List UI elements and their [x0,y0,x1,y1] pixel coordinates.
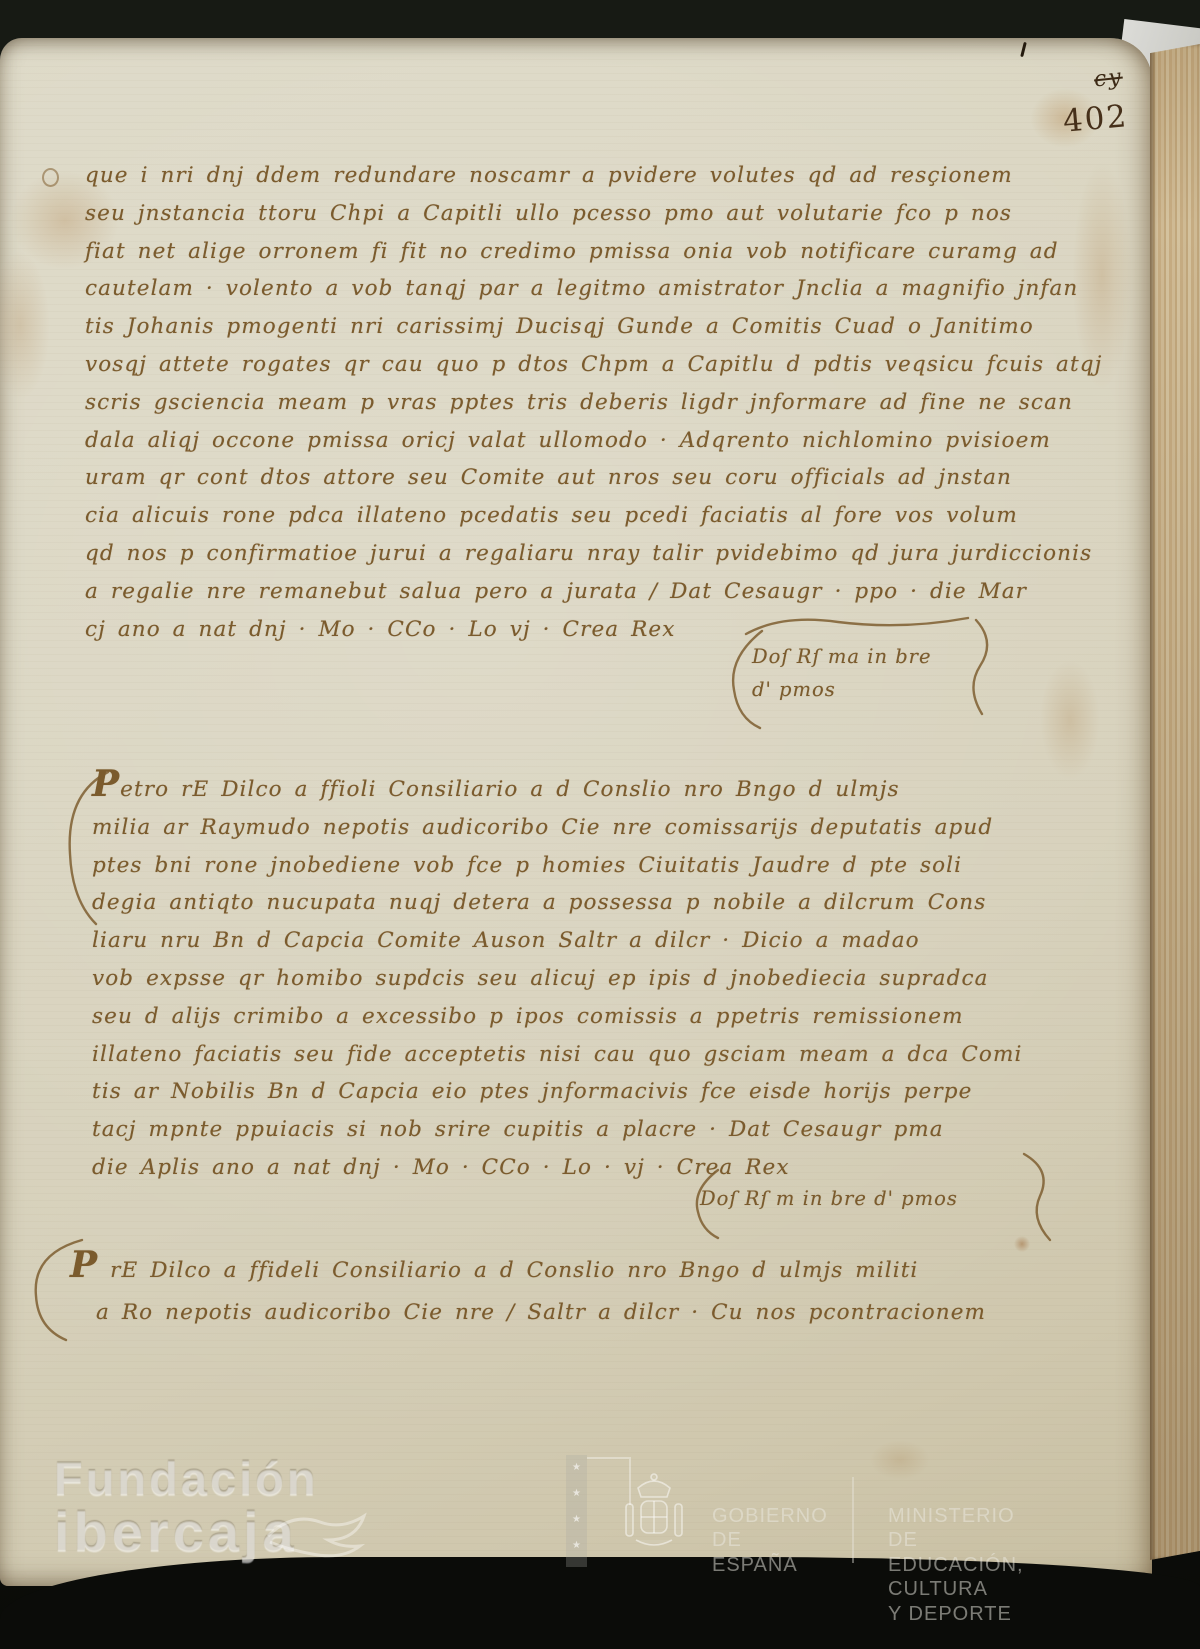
signature-flourish-right [962,618,998,718]
margin-mark [42,168,59,187]
chancery-note-line: Doſ Rſ m in bre d' pmos [700,1182,958,1215]
star-icon: ★ [566,1481,587,1507]
gobierno-text: GOBIERNO DE ESPAÑA [712,1504,828,1577]
chancery-note-1: Doſ Rſ ma in bre d' pmos [752,640,932,706]
ms-line: ptes bni rone jnobediene vob fce p homie… [92,847,1022,885]
ms-line: tis Johanis pmogenti nri carissimj Ducis… [85,308,1102,346]
ms-line: P rE Dilco a ffideli Consiliario a d Con… [70,1244,986,1292]
eu-stars-column: ★ ★ ★ ★ [566,1455,587,1567]
spain-coat-of-arms-icon [608,1470,700,1562]
ministerio-line2: DE EDUCACIÓN, CULTURA [888,1528,1024,1601]
manuscript-paragraph-3: P rE Dilco a ffideli Consiliario a d Con… [70,1244,986,1334]
ms-line: cautelam · volento a vob tanqj par a leg… [85,270,1102,308]
ms-line: vob expsse qr homibo supdcis seu alicuj … [92,960,1022,998]
ms-line: scris gsciencia meam p vras pptes tris d… [85,384,1102,422]
signature-flourish-right [1016,1152,1056,1244]
signature-flourish-top [742,612,972,640]
ibercaja-swan-icon [262,1496,372,1566]
ms-line: qd nos p confirmatioe jurui a regaliaru … [85,535,1102,573]
star-icon: ★ [566,1455,587,1481]
manuscript-paragraph-2: Petro rE Dilco a ffioli Consiliario a d … [92,766,1022,1187]
ms-line: seu d alijs crimibo a excessibo p ipos c… [92,998,1022,1036]
ms-line: liaru nru Bn d Capcia Comite Auson Saltr… [92,922,1022,960]
corner-cancellation-mark: cy [1093,65,1124,93]
watermark-divider [852,1477,854,1563]
ms-line: seu jnstancia ttoru Chpi a Capitli ullo … [85,195,1102,233]
book-fore-edge [1150,44,1200,1560]
star-icon: ★ [566,1507,587,1533]
ms-line: uram qr cont dtos attore seu Comite aut … [85,459,1102,497]
ministerio-line1: MINISTERIO [888,1504,1024,1528]
manuscript-paragraph-1: que i nri dnj ddem redundare noscamr a p… [85,157,1102,648]
ms-line: vosqj attete rogates qr cau quo p dtos C… [85,346,1102,384]
ms-line: a Ro nepotis audicoribo Cie nre / Saltr … [70,1292,986,1334]
gobierno-line2: DE ESPAÑA [712,1528,828,1577]
ms-line: a regalie nre remanebut salua pero a jur… [85,573,1102,611]
ms-line: cia alicuis rone pdca illateno pcedatis … [85,497,1102,535]
ms-line: Petro rE Dilco a ffioli Consiliario a d … [92,766,1022,809]
ministerio-text: MINISTERIO DE EDUCACIÓN, CULTURA Y DEPOR… [888,1504,1024,1626]
ms-line: dala aliqj occone pmissa oricj valat ull… [85,422,1102,460]
star-icon: ★ [566,1533,587,1559]
gobierno-line1: GOBIERNO [712,1504,828,1528]
chancery-note-line: d' pmos [752,673,932,706]
chancery-note-2: Doſ Rſ m in bre d' pmos [700,1182,958,1215]
ms-line: que i nri dnj ddem redundare noscamr a p… [85,157,1102,195]
chancery-note-line: Doſ Rſ ma in bre [752,640,932,673]
ms-line: milia ar Raymudo nepotis audicoribo Cie … [92,809,1022,847]
ms-line: fiat net alige orronem fi fit no credimo… [85,233,1102,271]
ministerio-line3: Y DEPORTE [888,1602,1024,1626]
ms-line: tacj mpnte ppuiacis si nob srire cupitis… [92,1111,1022,1149]
folio-number: 402 [1062,98,1130,140]
ms-line: degia antiqto nucupata nuqj detera a pos… [92,884,1022,922]
ms-line: tis ar Nobilis Bn d Capcia eio ptes jnfo… [92,1073,1022,1111]
manuscript-photo: cy 402 que i nri dnj ddem redundare nosc… [0,0,1200,1649]
ms-line: illateno faciatis seu fide acceptetis ni… [92,1036,1022,1074]
